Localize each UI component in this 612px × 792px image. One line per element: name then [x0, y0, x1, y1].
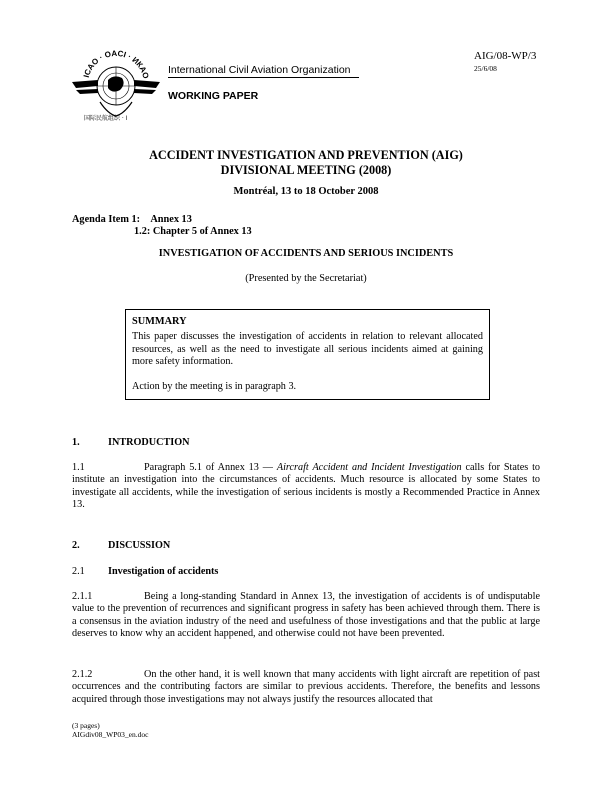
paper-subject: INVESTIGATION OF ACCIDENTS AND SERIOUS I…	[0, 248, 612, 259]
agenda-item-title: Annex 13	[150, 214, 191, 225]
summary-heading: SUMMARY	[132, 316, 483, 328]
file-name: AIGdiv08_WP03_en.doc	[72, 730, 148, 739]
paragraph-2-1-2: 2.1.2On the other hand, it is well known…	[72, 669, 540, 706]
summary-box: SUMMARY This paper discusses the investi…	[125, 309, 490, 400]
presented-by: (Presented by the Secretariat)	[0, 273, 612, 284]
section-title: DISCUSSION	[108, 540, 170, 551]
subsection-number: 2.1	[72, 566, 108, 577]
section-number: 1.	[72, 437, 108, 448]
summary-action: Action by the meeting is in paragraph 3.	[132, 381, 483, 393]
summary-text: This paper discusses the investigation o…	[132, 331, 483, 368]
meeting-title: ACCIDENT INVESTIGATION AND PREVENTION (A…	[0, 148, 612, 178]
organization-name: International Civil Aviation Organizatio…	[168, 64, 359, 78]
svg-text:国际民航组织 · ا: 国际民航组织 · ا	[84, 114, 128, 122]
section-1-heading: 1.INTRODUCTION	[72, 437, 190, 448]
document-reference: AIG/08-WP/3	[474, 50, 536, 62]
paragraph-number: 1.1	[72, 462, 144, 474]
icao-emblem-icon: ICAO · OACI · ИКАО 国际民航组织 · ا	[68, 44, 164, 126]
agenda-item: Agenda Item 1: Annex 13 1.2: Chapter 5 o…	[72, 214, 252, 239]
section-2-heading: 2.DISCUSSION	[72, 540, 170, 551]
paragraph-number: 2.1.1	[72, 591, 144, 603]
agenda-label: Agenda Item 1:	[72, 214, 140, 225]
meeting-title-line2: DIVISIONAL MEETING (2008)	[0, 163, 612, 178]
paper-type: WORKING PAPER	[168, 90, 258, 102]
meeting-venue: Montréal, 13 to 18 October 2008	[0, 186, 612, 197]
meeting-title-line1: ACCIDENT INVESTIGATION AND PREVENTION (A…	[0, 148, 612, 163]
subsection-2-1-heading: 2.1Investigation of accidents	[72, 566, 218, 577]
paragraph-2-1-1: 2.1.1Being a long-standing Standard in A…	[72, 591, 540, 641]
paragraph-1-1: 1.1Paragraph 5.1 of Annex 13 — Aircraft …	[72, 462, 540, 512]
section-number: 2.	[72, 540, 108, 551]
paragraph-number: 2.1.2	[72, 669, 144, 681]
page-count: (3 pages)	[72, 721, 100, 730]
agenda-subitem: 1.2: Chapter 5 of Annex 13	[72, 226, 252, 238]
subsection-title: Investigation of accidents	[108, 566, 218, 577]
annex-title: Aircraft Accident and Incident Investiga…	[277, 462, 462, 473]
section-title: INTRODUCTION	[108, 437, 190, 448]
document-date: 25/6/08	[474, 64, 497, 73]
